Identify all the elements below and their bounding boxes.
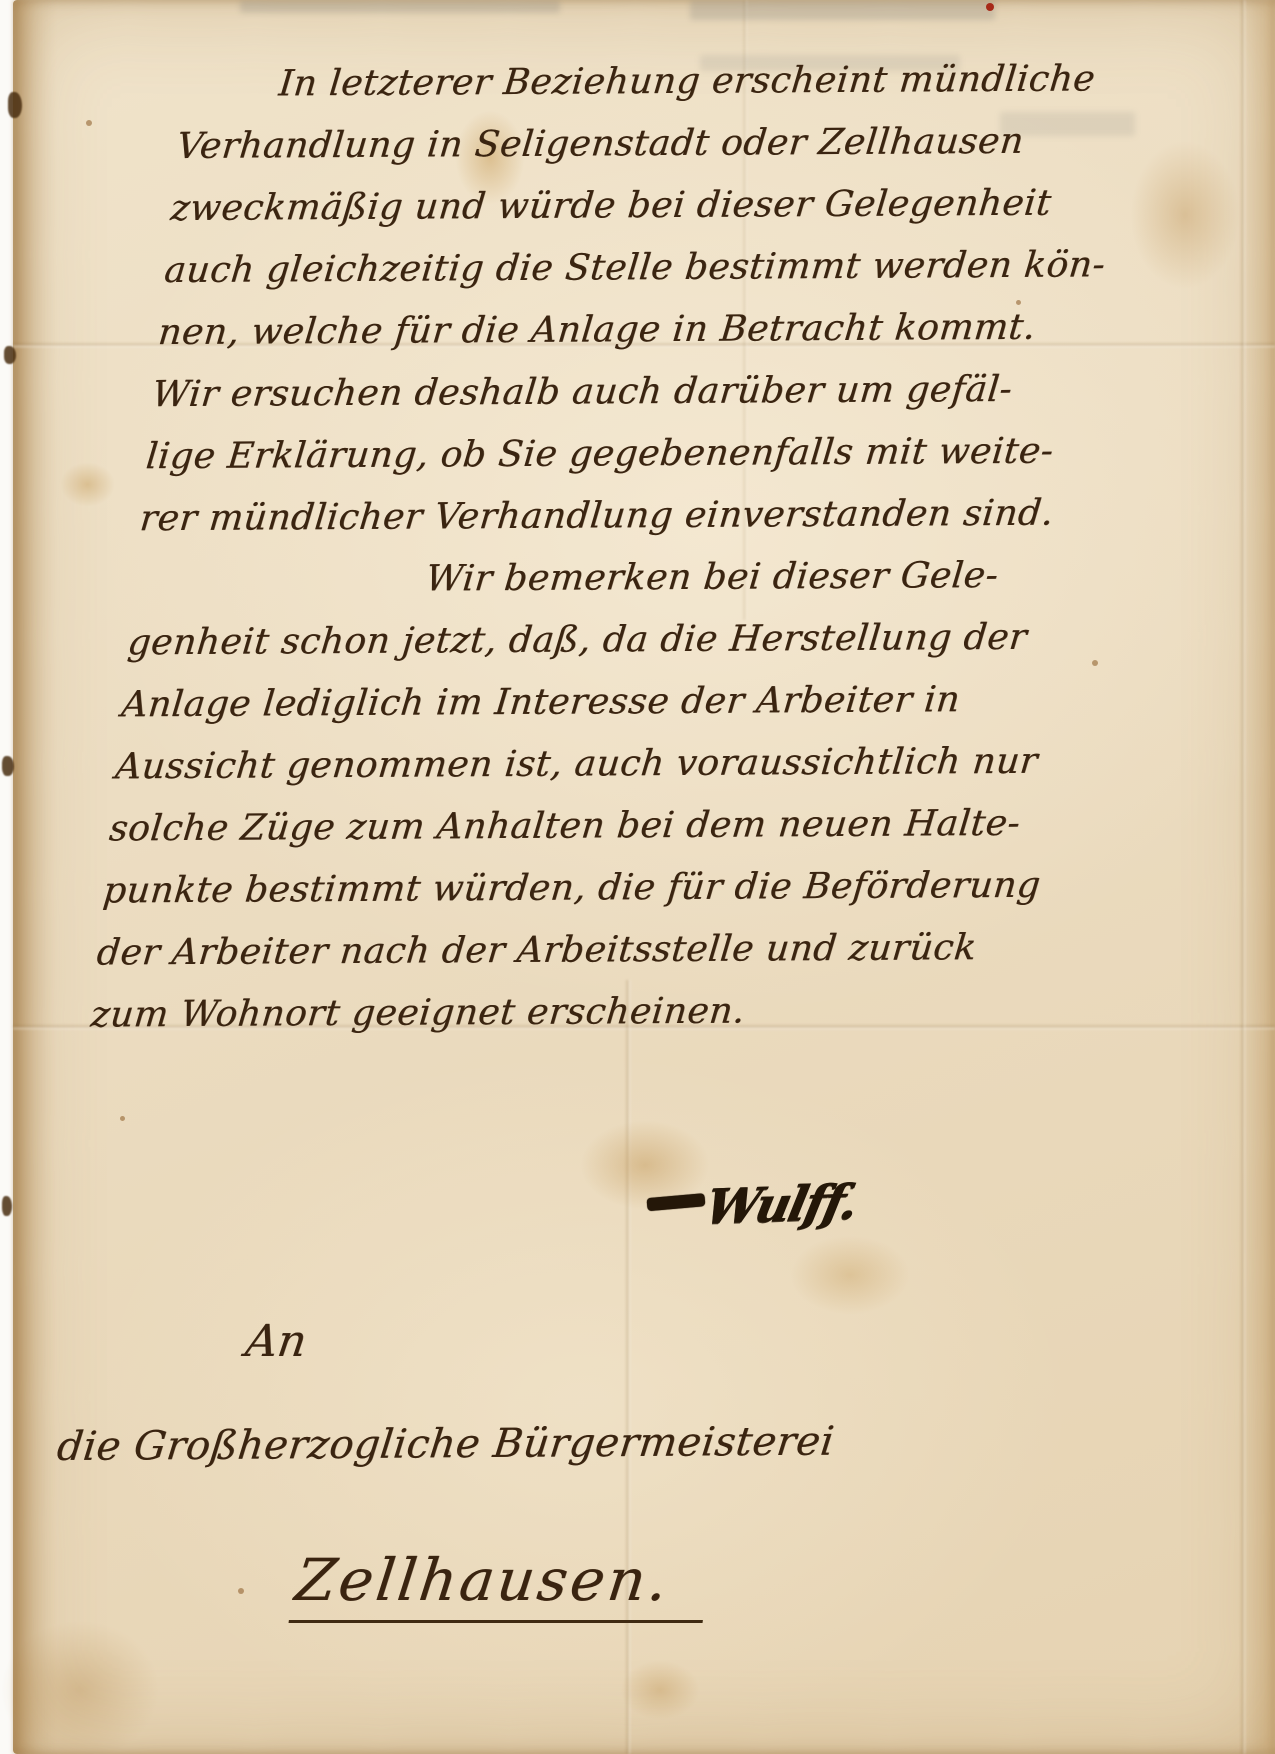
- paper-edge-chip: [2, 1196, 12, 1216]
- ink-freckle: [86, 120, 92, 126]
- paper-edge-chip: [8, 92, 22, 118]
- scanned-letter-page: In letzterer Beziehung erscheint mündlic…: [0, 0, 1275, 1754]
- paper-edge-chip: [2, 756, 14, 776]
- body-line: In letzterer Beziehung erscheint mündlic…: [180, 48, 1146, 116]
- body-line: zweckmäßig und würde bei dieser Gelegenh…: [168, 172, 1134, 240]
- body-line: lige Erklärung, ob Sie gegebenenfalls mi…: [143, 420, 1109, 488]
- body-line: rer mündlicher Verhandlung einverstanden…: [137, 482, 1103, 550]
- ink-freckle: [238, 1588, 244, 1594]
- address-place-underlined: Zellhausen.: [289, 1546, 712, 1623]
- body-line: Wir ersuchen deshalb auch darüber um gef…: [149, 358, 1115, 426]
- body-line: Anlage lediglich im Interesse der Arbeit…: [118, 669, 1084, 737]
- address-salutation: An: [242, 1316, 309, 1367]
- body-line: Verhandlung in Seligenstadt oder Zellhau…: [174, 110, 1140, 178]
- letter-body: In letzterer Beziehung erscheint mündlic…: [88, 48, 1146, 1046]
- address-recipient: die Großherzogliche Bürgermeisterei: [55, 1419, 837, 1470]
- body-line: nen, welche für die Anlage in Betracht k…: [155, 296, 1121, 364]
- signature-flourish-dash: [647, 1193, 706, 1211]
- body-line: der Arbeiter nach der Arbeitsstelle und …: [94, 917, 1060, 985]
- paper-right-edge-stain: [1241, 0, 1275, 1754]
- bleedthrough-print: [690, 0, 995, 20]
- body-line: zum Wohnort geeignet erscheinen.: [88, 979, 1054, 1047]
- paper-left-edge-stain: [13, 0, 55, 1754]
- paper-edge-chip: [4, 346, 16, 364]
- signature-block: Wulff.: [647, 1174, 856, 1237]
- red-dot-mark: [986, 3, 994, 11]
- ink-freckle: [120, 1116, 125, 1121]
- ink-freckle: [1092, 660, 1098, 666]
- bleedthrough-print: [240, 0, 560, 13]
- body-line: punkte bestimmt würden, die für die Befö…: [100, 855, 1066, 923]
- body-line: Wir bemerken bei dieser Gele-: [131, 544, 1097, 612]
- body-line: solche Züge zum Anhalten bei dem neuen H…: [106, 793, 1072, 861]
- signature-name: Wulff.: [700, 1174, 861, 1236]
- body-line: genheit schon jetzt, daß, da die Herstel…: [125, 606, 1091, 674]
- body-line: auch gleichzeitig die Stelle bestimmt we…: [161, 234, 1127, 302]
- body-line: Aussicht genommen ist, auch voraussichtl…: [112, 731, 1078, 799]
